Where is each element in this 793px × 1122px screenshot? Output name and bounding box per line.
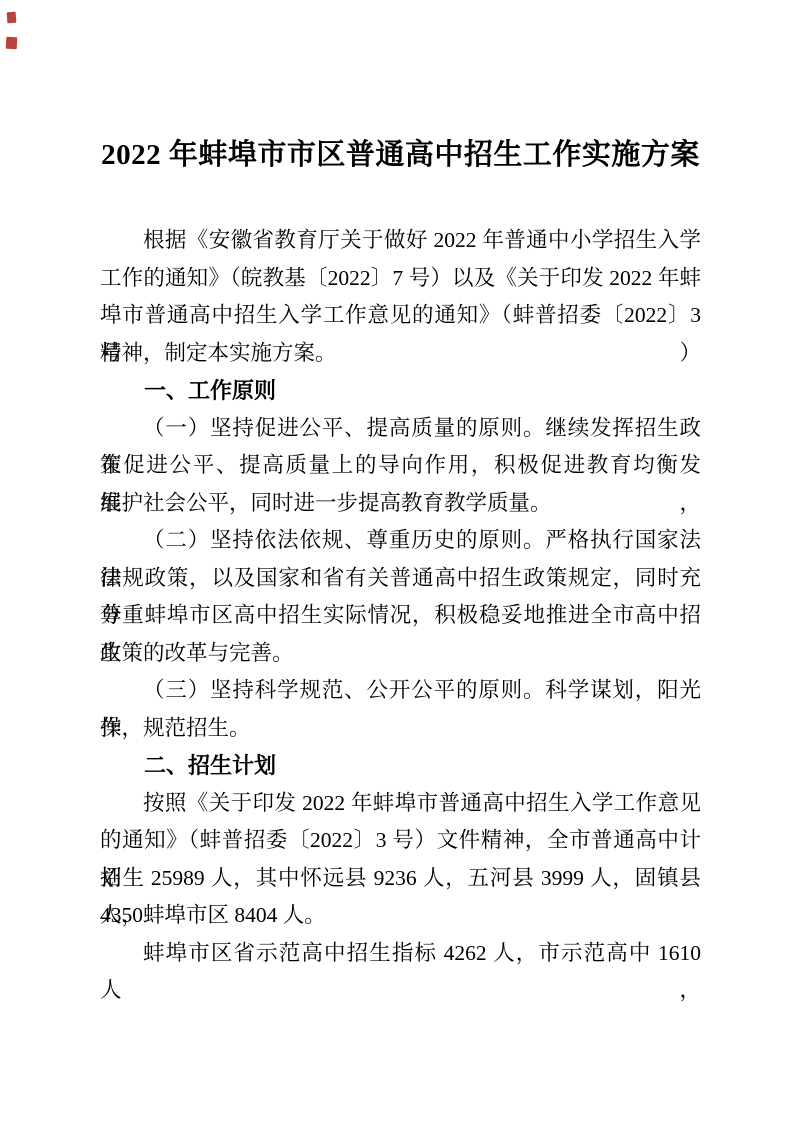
body-line: 人，蚌埠市区 8404 人。 [100, 897, 701, 935]
body-line: 尊重蚌埠市区高中招生实际情况，积极稳妥地推进全市高中招生 [100, 597, 701, 635]
document-page: 2022 年蚌埠市市区普通高中招生工作实施方案 根据《安徽省教育厅关于做好 20… [0, 0, 793, 1122]
body-line: （三）坚持科学规范、公开公平的原则。科学谋划，阳光操 [100, 672, 701, 710]
body-line: （一）坚持促进公平、提高质量的原则。继续发挥招生政策 [100, 410, 701, 448]
body-line: 蚌埠市区省示范高中招生指标 4262 人，市示范高中 1610 人， [100, 935, 701, 973]
section-heading-work-principles: 一、工作原则 [100, 372, 701, 410]
document-title: 2022 年蚌埠市市区普通高中招生工作实施方案 [100, 132, 701, 178]
body-line: 在促进公平、提高质量上的导向作用，积极促进教育均衡发展， [100, 447, 701, 485]
body-line: （二）坚持依法依规、尊重历史的原则。严格执行国家法律 [100, 522, 701, 560]
body-line: 按照《关于印发 2022 年蚌埠市普通高中招生入学工作意见 [100, 785, 701, 823]
body-line: 工作的通知》（皖教基〔2022〕7 号）以及《关于印发 2022 年蚌 [100, 260, 701, 298]
body-line: 招生 25989 人，其中怀远县 9236 人，五河县 3999 人，固镇县 4… [100, 860, 701, 898]
red-pen-mark-icon [6, 37, 18, 50]
body-line: 的通知》（蚌普招委〔2022〕3 号）文件精神，全市普通高中计划 [100, 822, 701, 860]
body-line: 根据《安徽省教育厅关于做好 2022 年普通中小学招生入学 [100, 222, 701, 260]
body-line: 政策的改革与完善。 [100, 635, 701, 673]
section-heading-enrollment-plan: 二、招生计划 [100, 747, 701, 785]
body-line: 作，规范招生。 [100, 710, 701, 748]
body-line: 法规政策，以及国家和省有关普通高中招生政策规定，同时充分 [100, 560, 701, 598]
red-pen-mark-icon [7, 12, 17, 24]
document-content: 2022 年蚌埠市市区普通高中招生工作实施方案 根据《安徽省教育厅关于做好 20… [100, 132, 701, 972]
body-line: 埠市普通高中招生入学工作意见的通知》（蚌普招委〔2022〕3 号） [100, 297, 701, 335]
